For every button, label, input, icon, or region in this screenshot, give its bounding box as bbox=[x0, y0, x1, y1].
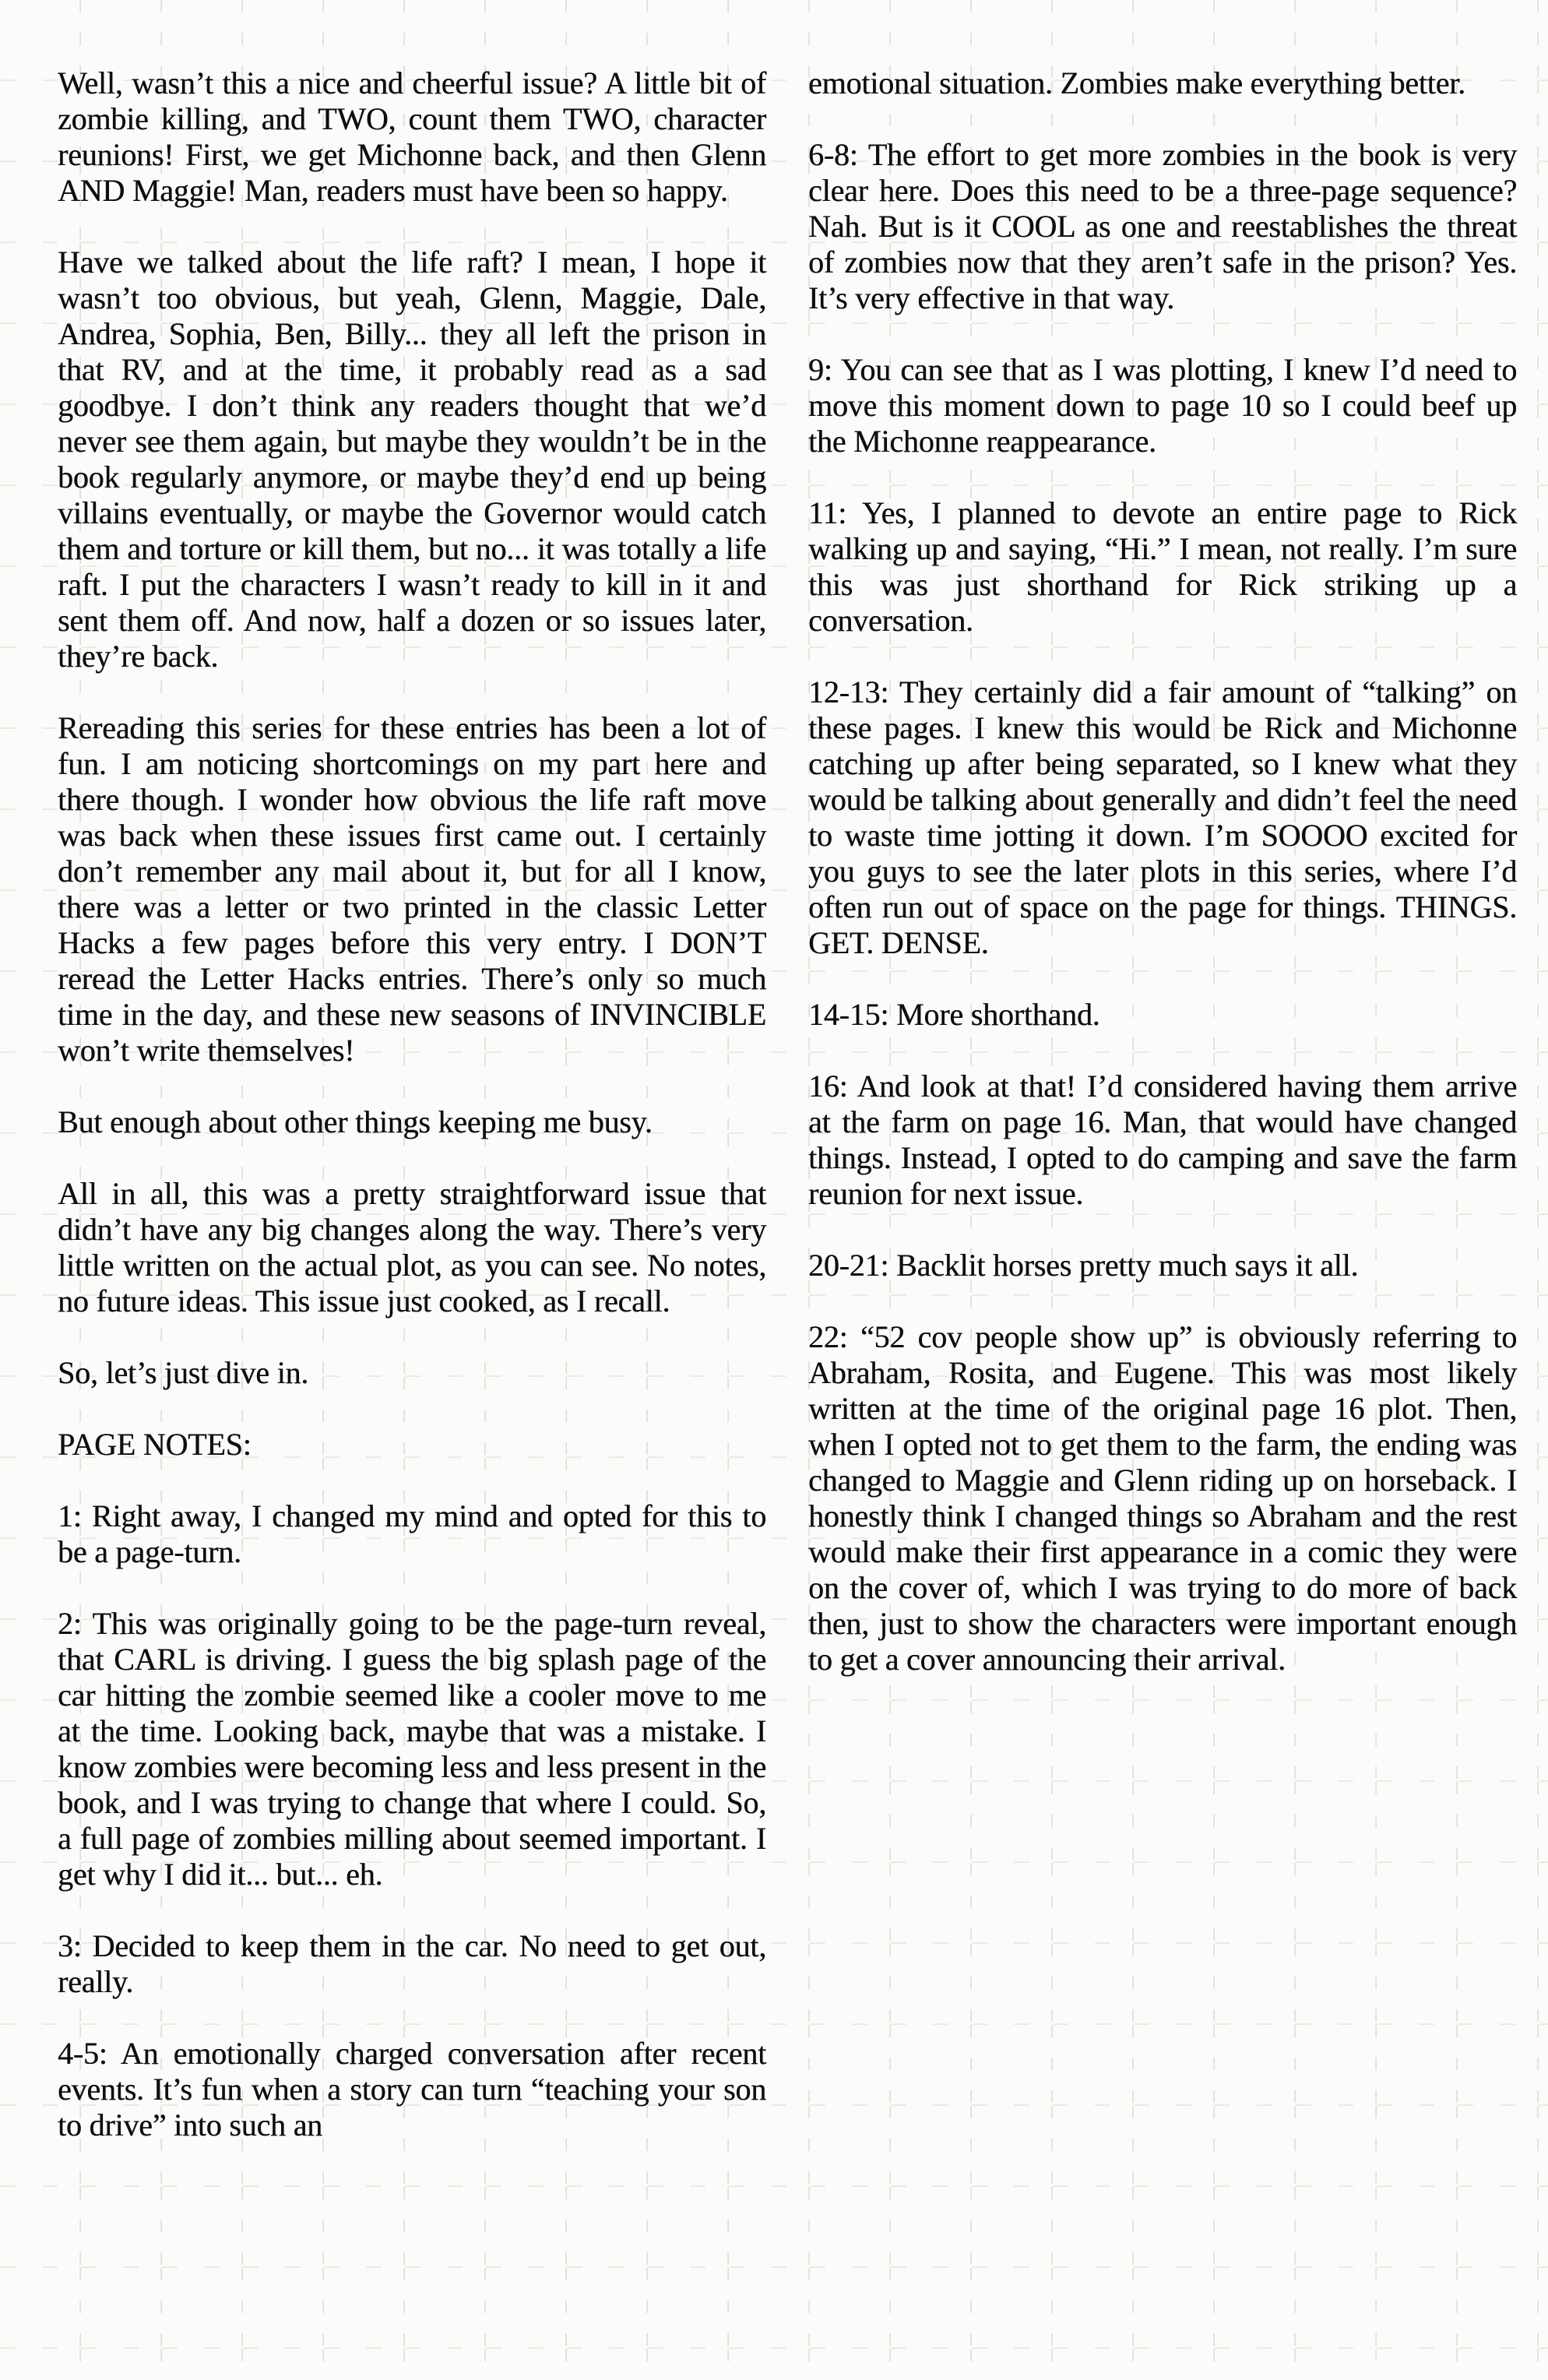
paragraph: 6-8: The effort to get more zombies in t… bbox=[808, 137, 1517, 316]
paragraph: emotional situation. Zombies make everyt… bbox=[808, 65, 1517, 101]
paragraph: 22: “52 cov people show up” is obviously… bbox=[808, 1319, 1517, 1678]
paragraph: 1: Right away, I changed my mind and opt… bbox=[58, 1498, 766, 1570]
paragraph: 14-15: More shorthand. bbox=[808, 997, 1517, 1033]
paragraph: Have we talked about the life raft? I me… bbox=[58, 245, 766, 674]
paragraph: 12-13: They certainly did a fair amount … bbox=[808, 674, 1517, 961]
paragraph: 9: You can see that as I was plotting, I… bbox=[808, 352, 1517, 459]
paragraph: 3: Decided to keep them in the car. No n… bbox=[58, 1928, 766, 2000]
paragraph: 20-21: Backlit horses pretty much says i… bbox=[808, 1248, 1517, 1283]
scanned-book-page: Well, wasn’t this a nice and cheerful is… bbox=[0, 0, 1548, 2380]
paragraph: Well, wasn’t this a nice and cheerful is… bbox=[58, 65, 766, 209]
two-column-text-layout: Well, wasn’t this a nice and cheerful is… bbox=[0, 0, 1548, 2179]
paragraph: 2: This was originally going to be the p… bbox=[58, 1606, 766, 1892]
paragraph: Rereading this series for these entries … bbox=[58, 710, 766, 1069]
paragraph: So, let’s just dive in. bbox=[58, 1355, 766, 1391]
paragraph: All in all, this was a pretty straightfo… bbox=[58, 1176, 766, 1319]
left-text-column: Well, wasn’t this a nice and cheerful is… bbox=[58, 65, 766, 2179]
paragraph: 4-5: An emotionally charged conversation… bbox=[58, 2036, 766, 2143]
paragraph: PAGE NOTES: bbox=[58, 1427, 766, 1463]
right-text-column: emotional situation. Zombies make everyt… bbox=[808, 65, 1517, 2179]
paragraph: But enough about other things keeping me… bbox=[58, 1104, 766, 1140]
paragraph: 11: Yes, I planned to devote an entire p… bbox=[808, 495, 1517, 639]
paragraph: 16: And look at that! I’d considered hav… bbox=[808, 1069, 1517, 1212]
